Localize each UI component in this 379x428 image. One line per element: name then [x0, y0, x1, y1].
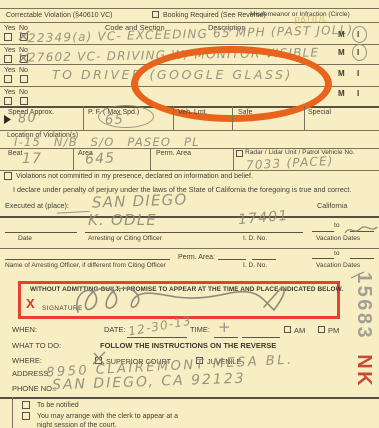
box-edge-line	[12, 397, 13, 428]
yes-label: Yes	[4, 25, 15, 32]
column-line	[304, 106, 305, 130]
date-field-label: DATE:	[104, 326, 126, 334]
yes-checkbox	[4, 75, 12, 83]
divider-line	[0, 130, 379, 131]
yes-label: Yes	[4, 67, 15, 74]
vacation-dates-label: Vacation Dates	[316, 263, 360, 270]
misdemeanor-m: M	[338, 49, 345, 57]
blank-line	[214, 337, 238, 338]
arrow-marker-icon	[4, 115, 12, 124]
not-committed-checkbox	[4, 172, 12, 180]
california-label: California	[317, 202, 347, 209]
yes-checkbox	[4, 97, 12, 105]
misdemeanor-m: M	[338, 70, 345, 78]
yes-label: Yes	[4, 89, 15, 96]
handwritten-radar-unit: 7033 (PACE)	[246, 155, 334, 172]
blank-line	[252, 259, 276, 260]
yes-checkbox	[4, 33, 12, 41]
veh-lmt-label: Veh. Lmt.	[178, 109, 208, 116]
infraction-i: I	[357, 90, 359, 98]
address-label: ADDRESS:	[12, 370, 50, 378]
pencil-circle-infraction	[352, 26, 367, 43]
divider-line	[0, 248, 379, 249]
blank-line	[85, 232, 303, 233]
id-no-label: I. D. No.	[243, 236, 267, 243]
night-session-checkbox	[22, 412, 30, 420]
misdemeanor-m: M	[338, 90, 345, 98]
pm-checkbox	[318, 326, 325, 333]
citation-number: 15683	[353, 272, 375, 340]
handwritten-area: 645	[85, 151, 116, 167]
to-label: to	[334, 251, 340, 258]
time-field-label: TIME:	[190, 326, 210, 334]
signature-x-mark: X	[26, 297, 35, 310]
blank-line	[242, 337, 280, 338]
column-line	[233, 148, 234, 170]
arresting-officer-label: Arresting or Citing Officer	[88, 236, 162, 243]
radar-checkbox	[236, 150, 243, 157]
divider-line	[0, 397, 379, 399]
correctable-violation-label: Correctable Violation (§40610 VC)	[6, 12, 113, 19]
perm-area-label-2: Perm. Area:	[178, 254, 215, 261]
pm-label: PM	[328, 327, 339, 335]
no-checkbox	[20, 75, 28, 83]
blank-line	[5, 259, 170, 260]
handwritten-beat: 17	[22, 152, 42, 166]
handwritten-time-mark: +	[218, 320, 232, 335]
blank-line	[350, 258, 374, 259]
not-committed-label: Violations not committed in my presence,…	[16, 173, 253, 180]
where-label: WHERE:	[12, 357, 42, 365]
no-label: No	[19, 89, 28, 96]
handwritten-speed: 80	[18, 111, 38, 125]
handwritten-officer-name: K. ODLE	[88, 213, 157, 228]
misdemeanor-m: M	[338, 31, 345, 39]
blank-line	[5, 232, 77, 233]
no-checkbox	[20, 97, 28, 105]
blank-line	[312, 231, 334, 232]
booking-required-checkbox	[152, 11, 159, 18]
special-label: Special	[308, 109, 331, 116]
to-be-notified-checkbox	[22, 401, 30, 409]
column-line	[73, 148, 74, 170]
am-checkbox	[284, 326, 291, 333]
when-label: WHEN:	[12, 326, 37, 334]
safe-label: Safe	[238, 109, 252, 116]
traffic-citation-scan: Correctable Violation (§40610 VC) Bookin…	[0, 0, 379, 428]
divider-line	[0, 170, 379, 171]
beat-label: Beat	[8, 150, 22, 157]
handwritten-officer-id: 17401	[237, 209, 289, 227]
infraction-i: I	[357, 70, 359, 78]
blank-line	[312, 258, 334, 259]
arresting-officer-name-label: Name of Arresting Officer, if different …	[5, 263, 166, 270]
no-label: No	[19, 67, 28, 74]
perm-area-label: Perm. Area	[156, 150, 191, 157]
handwritten-location: I-15 N/B S/O PASEO PL	[14, 137, 200, 149]
night-session-label: You may arrange with the clerk to appear…	[37, 412, 187, 428]
pencil-circle-infraction	[352, 44, 367, 61]
to-label: to	[334, 223, 340, 230]
date-label: Date	[18, 236, 32, 243]
blank-line	[218, 259, 246, 260]
column-line	[83, 106, 84, 130]
pencil-circle-max-spd	[98, 105, 154, 128]
id-no-label: I. D. No.	[243, 263, 267, 270]
stamp-letters: NK	[353, 354, 375, 388]
am-label: AM	[294, 327, 305, 335]
yes-label: Yes	[4, 47, 15, 54]
instructions-text: FOLLOW THE INSTRUCTIONS ON THE REVERSE	[100, 342, 276, 350]
signature-scribble	[58, 280, 298, 320]
divider-line	[0, 8, 379, 9]
vacation-dates-label: Vacation Dates	[316, 236, 360, 243]
what-to-do-label: WHAT TO DO:	[12, 342, 61, 350]
handwritten-violation-1: 22349(a) VC- EXCEEDING 65 MPH (PAST JOLL…	[28, 24, 354, 45]
yes-checkbox	[4, 55, 12, 63]
column-line	[232, 106, 233, 130]
handwritten-city: SAN DIEGO	[92, 192, 188, 210]
to-be-notified-label: To be notified	[37, 402, 79, 409]
column-line	[150, 148, 151, 170]
phone-label: PHONE NO.:	[12, 385, 56, 393]
column-line	[173, 106, 174, 130]
citation-number-stamp: 15683 NK	[351, 272, 377, 394]
